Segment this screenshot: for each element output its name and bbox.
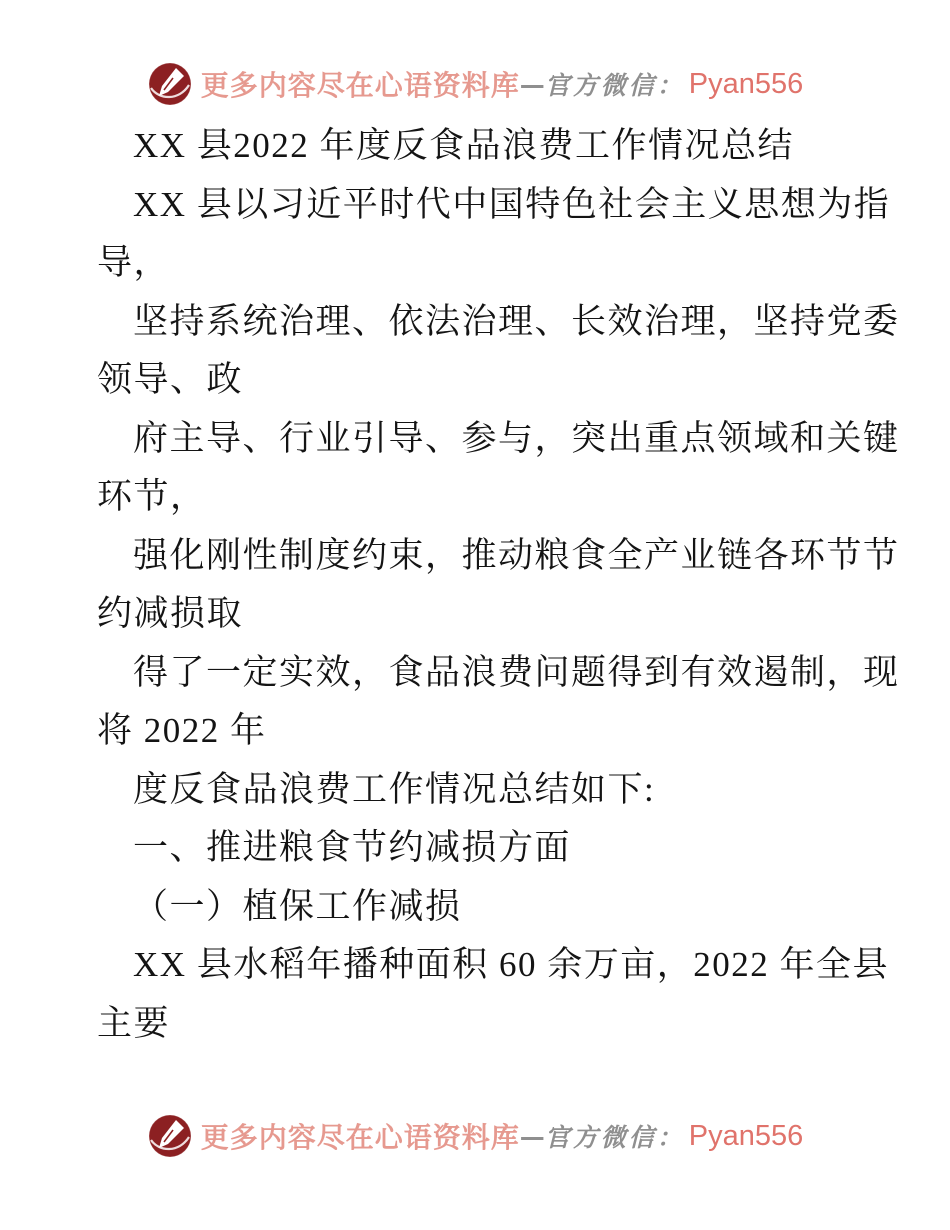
watermark-wechat-id: Pyan556 [689,68,804,101]
doc-line: 得了一定实效，食品浪费问题得到有效遏制，现 [97,644,853,703]
watermark-wechat-label: 官方微信： [545,1118,685,1154]
doc-line: 坚持系统治理、依法治理、长效治理，坚持党委 [97,293,853,352]
doc-line: 环节， [97,468,853,527]
header-watermark: 更多内容尽在心语资料库 — 官方微信： Pyan556 [0,58,950,110]
pen-logo-icon [147,1113,193,1159]
doc-line: XX 县水稻年播种面积 60 余万亩，2022 年全县 [97,936,853,995]
watermark-site-text: 更多内容尽在心语资料库 [201,1116,520,1156]
doc-title-line: XX 县2022 年度反食品浪费工作情况总结 [97,117,853,176]
doc-line: 强化刚性制度约束，推动粮食全产业链各环节节 [97,527,853,586]
watermark-separator: — [520,1122,545,1151]
doc-line: XX 县以习近平时代中国特色社会主义思想为指 [97,176,853,235]
doc-line: 约减损取 [97,585,853,644]
doc-line: 导， [97,234,853,293]
doc-line: 领导、政 [97,351,853,410]
document-page: 更多内容尽在心语资料库 — 官方微信： Pyan556 XX 县2022 年度反… [0,0,950,1230]
watermark-wechat-label: 官方微信： [545,66,685,102]
watermark-site-text: 更多内容尽在心语资料库 [201,64,520,104]
watermark-wechat-id: Pyan556 [689,1120,804,1153]
document-body: XX 县2022 年度反食品浪费工作情况总结 XX 县以习近平时代中国特色社会主… [97,117,853,1053]
footer-watermark: 更多内容尽在心语资料库 — 官方微信： Pyan556 [0,1110,950,1162]
watermark-separator: — [520,70,545,99]
doc-line: 府主导、行业引导、参与，突出重点领域和关键 [97,410,853,469]
doc-line: 将 2022 年 [97,702,853,761]
doc-line: 主要 [97,995,853,1054]
doc-subsection-heading: （一）植保工作减损 [97,878,853,937]
doc-line: 度反食品浪费工作情况总结如下: [97,761,853,820]
pen-logo-icon [147,61,193,107]
doc-section-heading: 一、推进粮食节约减损方面 [97,819,853,878]
